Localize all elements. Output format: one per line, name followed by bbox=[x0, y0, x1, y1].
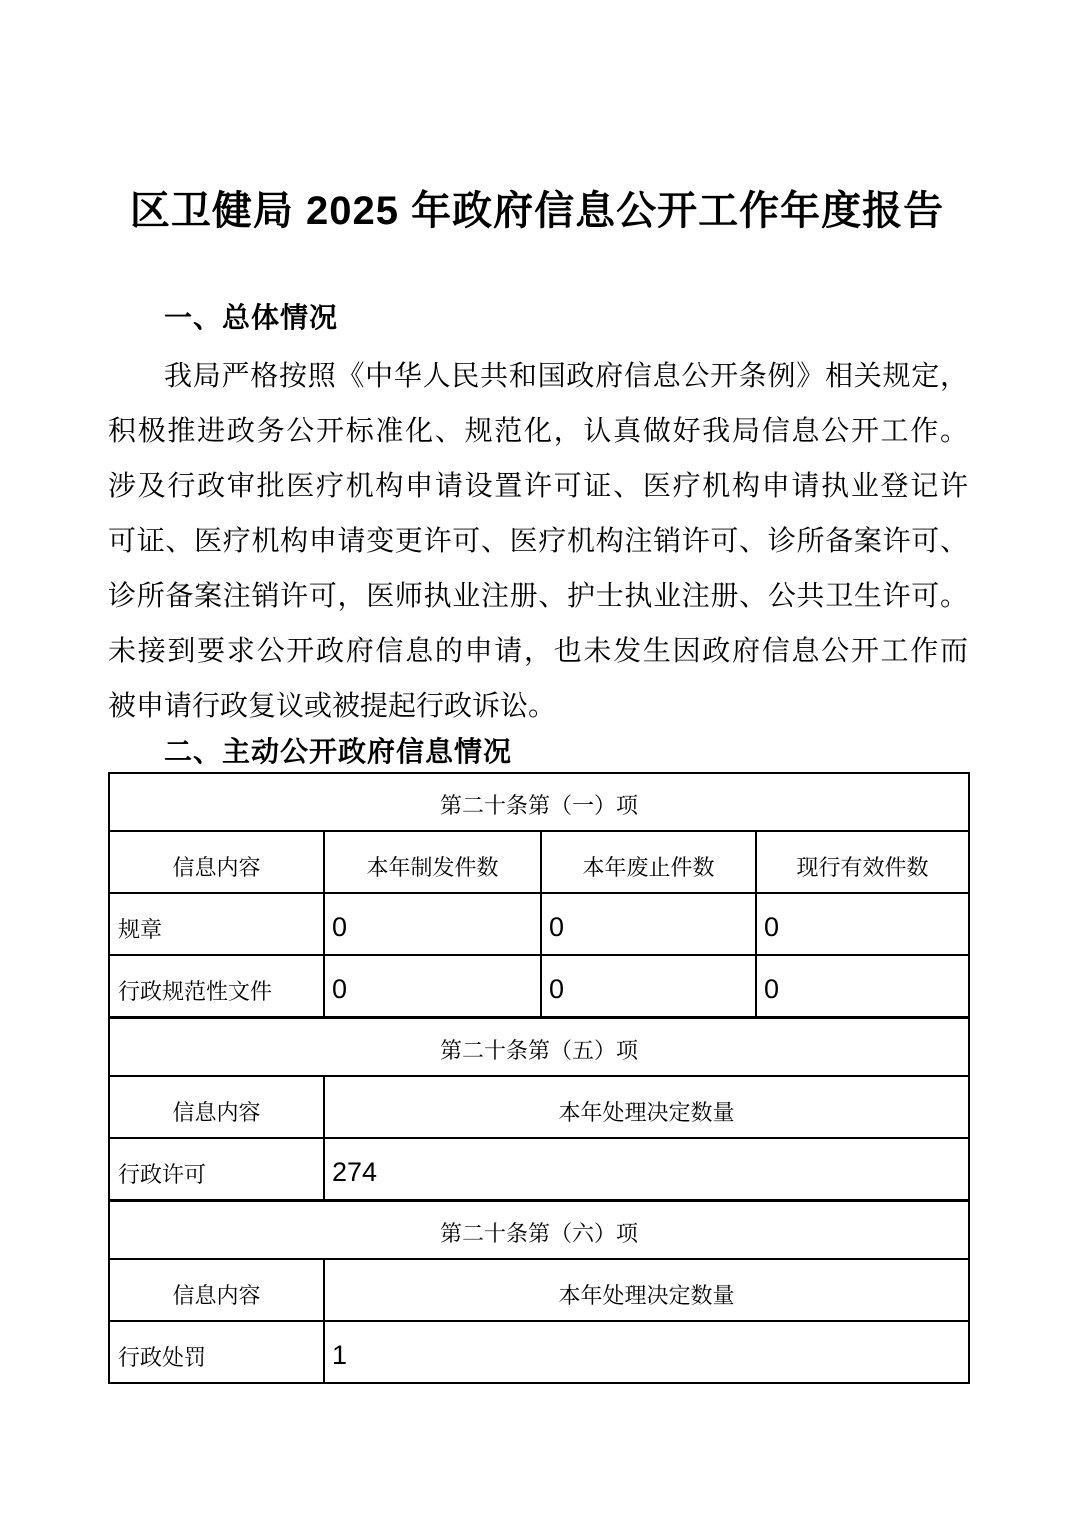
paragraph-line: 积极推进政务公开标准化、规范化，认真做好我局信息公开工作。 bbox=[108, 404, 968, 459]
disclosure-table: 第二十条第（一）项 信息内容 本年制发件数 本年废止件数 现行有效件数 规章 0… bbox=[108, 772, 970, 1384]
document-title: 区卫健局 2025 年政府信息公开工作年度报告 bbox=[0, 186, 1074, 236]
column-header: 信息内容 bbox=[109, 1076, 324, 1138]
section1-paragraph: 我局严格按照《中华人民共和国政府信息公开条例》相关规定， 积极推进政务公开标准化… bbox=[108, 349, 968, 734]
row-label: 行政许可 bbox=[109, 1138, 324, 1201]
cell-value: 0 bbox=[541, 893, 756, 955]
table-section-header: 第二十条第（六）项 bbox=[109, 1201, 969, 1260]
table-row: 信息内容 本年处理决定数量 bbox=[109, 1076, 969, 1138]
paragraph-line: 未接到要求公开政府信息的申请，也未发生因政府信息公开工作而 bbox=[108, 624, 968, 679]
table-row: 信息内容 本年处理决定数量 bbox=[109, 1259, 969, 1321]
paragraph-line: 诊所备案注销许可，医师执业注册、护士执业注册、公共卫生许可。 bbox=[108, 569, 968, 624]
table-row: 信息内容 本年制发件数 本年废止件数 现行有效件数 bbox=[109, 831, 969, 893]
column-header: 信息内容 bbox=[109, 831, 324, 893]
table-row: 行政处罚 1 bbox=[109, 1321, 969, 1383]
table-row: 行政许可 274 bbox=[109, 1138, 969, 1201]
column-header: 本年处理决定数量 bbox=[324, 1259, 969, 1321]
row-label: 规章 bbox=[109, 893, 324, 955]
table-section-header: 第二十条第（一）项 bbox=[109, 773, 969, 831]
cell-value: 0 bbox=[756, 893, 969, 955]
column-header: 本年废止件数 bbox=[541, 831, 756, 893]
table-row: 第二十条第（五）项 bbox=[109, 1018, 969, 1077]
cell-value: 1 bbox=[324, 1321, 969, 1383]
column-header: 本年处理决定数量 bbox=[324, 1076, 969, 1138]
paragraph-line: 我局严格按照《中华人民共和国政府信息公开条例》相关规定， bbox=[108, 349, 968, 404]
cell-value: 274 bbox=[324, 1138, 969, 1201]
table-row: 行政规范性文件 0 0 0 bbox=[109, 955, 969, 1018]
paragraph-line: 被申请行政复议或被提起行政诉讼。 bbox=[108, 679, 968, 734]
cell-value: 0 bbox=[756, 955, 969, 1018]
row-label: 行政处罚 bbox=[109, 1321, 324, 1383]
column-header: 信息内容 bbox=[109, 1259, 324, 1321]
table-row: 第二十条第（六）项 bbox=[109, 1201, 969, 1260]
paragraph-line: 涉及行政审批医疗机构申请设置许可证、医疗机构申请执业登记许 bbox=[108, 459, 968, 514]
cell-value: 0 bbox=[541, 955, 756, 1018]
report-page: 区卫健局 2025 年政府信息公开工作年度报告 一、总体情况 我局严格按照《中华… bbox=[0, 0, 1074, 1520]
table-section-header: 第二十条第（五）项 bbox=[109, 1018, 969, 1077]
column-header: 本年制发件数 bbox=[324, 831, 541, 893]
paragraph-line: 可证、医疗机构申请变更许可、医疗机构注销许可、诊所备案许可、 bbox=[108, 514, 968, 569]
cell-value: 0 bbox=[324, 955, 541, 1018]
table-row: 规章 0 0 0 bbox=[109, 893, 969, 955]
row-label: 行政规范性文件 bbox=[109, 955, 324, 1018]
section2-heading: 二、主动公开政府信息情况 bbox=[108, 734, 968, 770]
cell-value: 0 bbox=[324, 893, 541, 955]
column-header: 现行有效件数 bbox=[756, 831, 969, 893]
section1-heading: 一、总体情况 bbox=[108, 300, 968, 336]
table-row: 第二十条第（一）项 bbox=[109, 773, 969, 831]
